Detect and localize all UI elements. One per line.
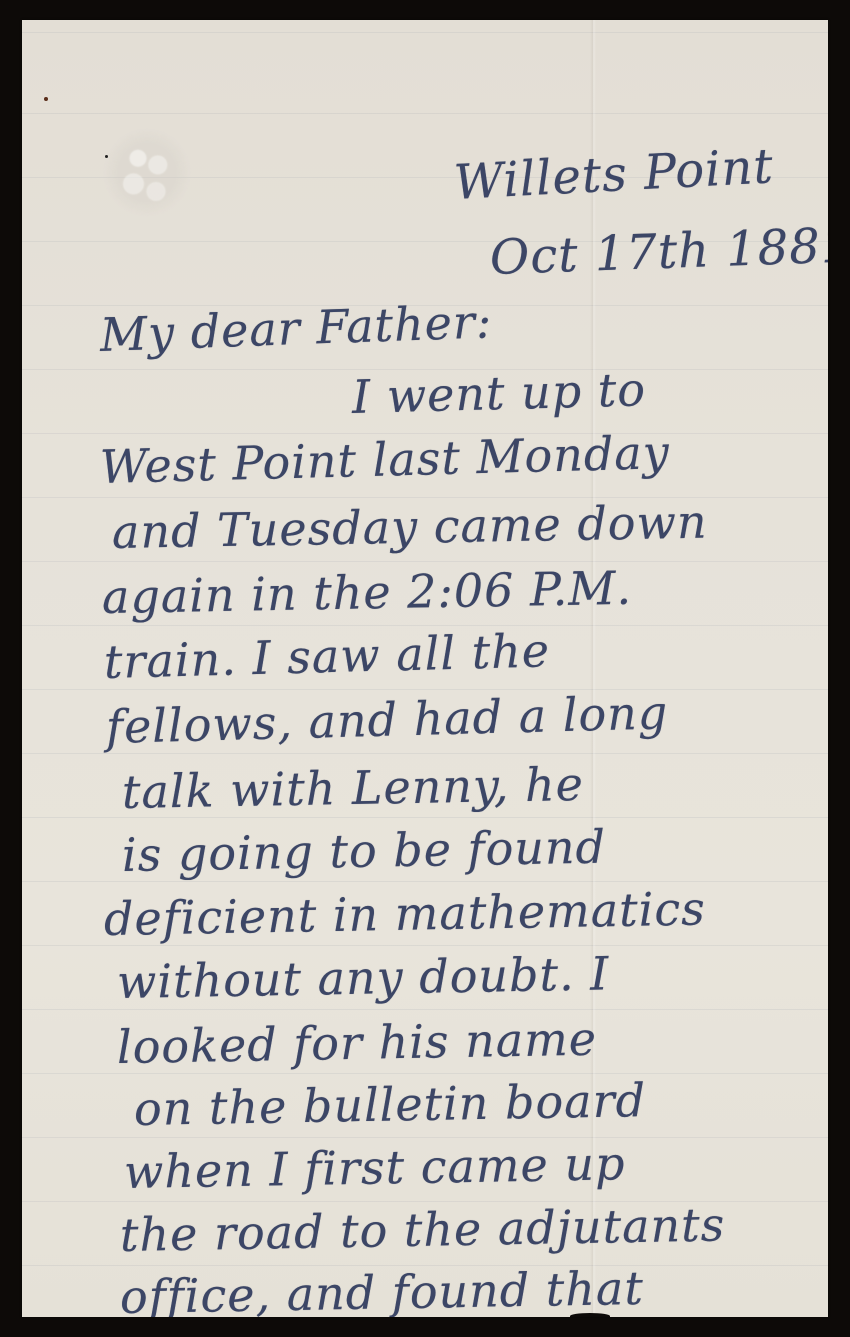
body-line: is going to be found <box>122 820 607 882</box>
body-line: I went up to <box>351 362 646 424</box>
scan-background: Willets Point Oct 17th 1881 My dear Fath… <box>0 0 850 1337</box>
letter-date: Oct 17th 1881 <box>489 217 828 286</box>
body-line: on the bulletin board <box>134 1073 647 1136</box>
body-line: the road to the adjutants <box>120 1197 726 1262</box>
embossed-seal-icon <box>102 125 192 220</box>
body-line: without any doubt. I <box>117 946 610 1009</box>
body-line: looked for his name <box>117 1012 598 1074</box>
body-line: when I first came up <box>124 1136 626 1199</box>
body-line: deficient in mathematics <box>104 882 707 946</box>
letter-page: Willets Point Oct 17th 1881 My dear Fath… <box>22 20 828 1317</box>
body-line: again in the 2:06 P.M. <box>102 561 633 624</box>
body-line: office, and found that <box>120 1261 645 1317</box>
ink-speck <box>44 97 48 101</box>
body-line: talk with Lenny, he <box>122 757 585 819</box>
body-line: and Tuesday came down <box>112 495 708 559</box>
ink-speck <box>105 155 108 158</box>
